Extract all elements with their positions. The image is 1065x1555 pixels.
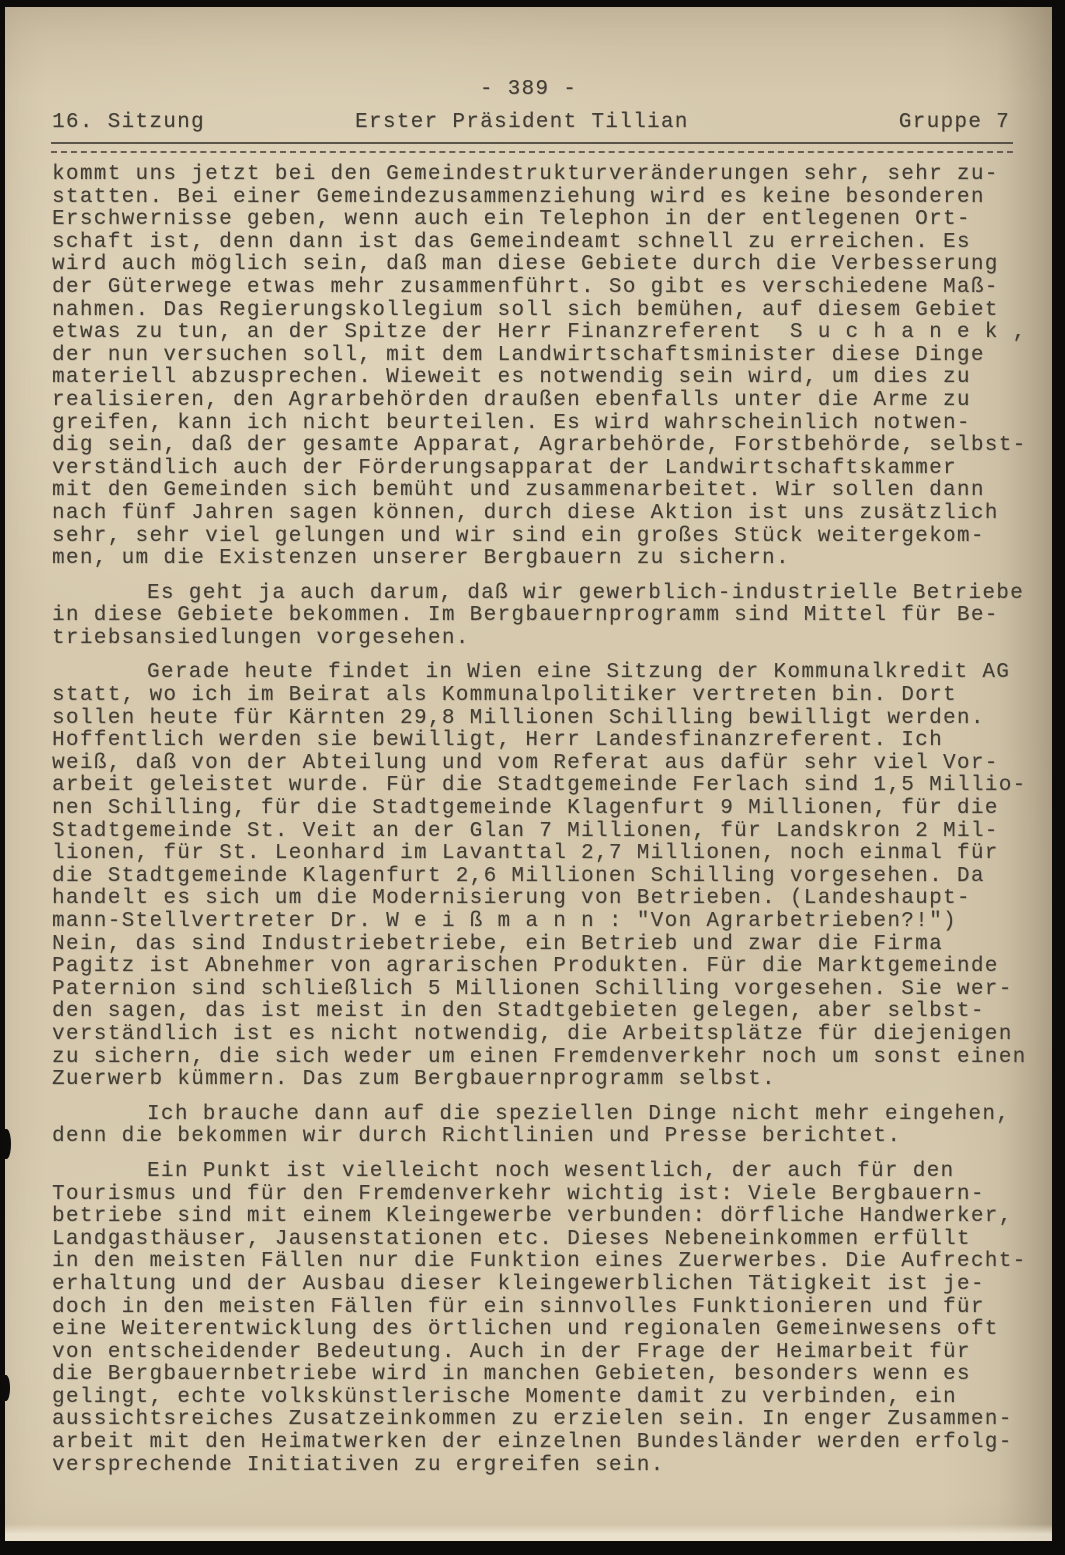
paper-bottom-edge	[5, 1524, 1052, 1541]
text-line: verständlich ist es nicht notwendig, die…	[52, 1024, 1052, 1047]
paper-sheet: - 389 - 16. Sitzung Erster Präsident Til…	[5, 7, 1052, 1541]
text-line: etwas zu tun, an der Spitze der Herr Fin…	[52, 322, 1052, 345]
paragraph: Gerade heute findet in Wien eine Sitzung…	[52, 662, 1052, 1091]
text-line: triebsansiedlungen vorgesehen.	[52, 628, 1052, 651]
header-speaker-label: Erster Präsident Tillian	[355, 111, 689, 134]
text-line: arbeit geleistet wurde. Für die Stadtgem…	[52, 775, 1052, 798]
text-line: Zuerwerb kümmern. Das zum Bergbauernprog…	[52, 1069, 1052, 1092]
text-line: Hoffentlich werden sie bewilligt, Herr L…	[52, 730, 1052, 753]
text-line: Ich brauche dann auf die speziellen Ding…	[52, 1104, 1052, 1127]
text-line: Paternion sind schließlich 5 Millionen S…	[52, 979, 1052, 1002]
text-line: Nein, das sind Industriebetriebe, ein Be…	[52, 934, 1052, 957]
text-line: der Güterwege etwas mehr zusammenführt. …	[52, 277, 1052, 300]
text-line: gelingt, echte volkskünstlerische Moment…	[52, 1387, 1052, 1410]
text-line: sollen heute für Kärnten 29,8 Millionen …	[52, 708, 1052, 731]
text-line: verständlich auch der Förderungsapparat …	[52, 458, 1052, 481]
text-line: lionen, für St. Leonhard im Lavanttal 2,…	[52, 843, 1052, 866]
text-line: der nun versuchen soll, mit dem Landwirt…	[52, 345, 1052, 368]
text-line: statten. Bei einer Gemeindezusammenziehu…	[52, 187, 1052, 210]
paragraph: kommt uns jetzt bei den Gemeindestruktur…	[52, 164, 1052, 571]
text-line: realisieren, den Agrarbehörden draußen e…	[52, 390, 1052, 413]
document-body: kommt uns jetzt bei den Gemeindestruktur…	[52, 164, 1052, 1477]
header-rule-dashed	[51, 151, 1013, 153]
paragraph: Ich brauche dann auf die speziellen Ding…	[52, 1104, 1052, 1149]
text-line: arbeit mit den Heimatwerken der einzelne…	[52, 1432, 1052, 1455]
paragraph: Es geht ja auch darum, daß wir gewerblic…	[52, 583, 1052, 651]
scan-artifact	[2, 1129, 11, 1159]
header-rule-solid	[51, 142, 1013, 144]
page-header: 16. Sitzung Erster Präsident Tillian Gru…	[52, 111, 1010, 134]
text-line: statt, wo ich im Beirat als Kommunalpoli…	[52, 685, 1052, 708]
scanned-page: - 389 - 16. Sitzung Erster Präsident Til…	[0, 0, 1065, 1555]
text-line: aussichtsreiches Zusatzeinkommen zu erzi…	[52, 1409, 1052, 1432]
text-line: doch in den meisten Fällen für ein sinnv…	[52, 1297, 1052, 1320]
page-number: - 389 -	[5, 78, 1052, 101]
text-line: den sagen, das ist meist in den Stadtgeb…	[52, 1001, 1052, 1024]
text-line: eine Weiterentwicklung des örtlichen und…	[52, 1319, 1052, 1342]
text-line: betriebe sind mit einem Kleingewerbe ver…	[52, 1206, 1052, 1229]
text-line: Gerade heute findet in Wien eine Sitzung…	[52, 662, 1052, 685]
paragraph: Ein Punkt ist vielleicht noch wesentlich…	[52, 1161, 1052, 1477]
text-line: die Bergbauernbetriebe wird in manchen G…	[52, 1364, 1052, 1387]
text-line: in den meisten Fällen nur die Funktion e…	[52, 1251, 1052, 1274]
text-line: wird auch möglich sein, daß man diese Ge…	[52, 254, 1052, 277]
text-line: kommt uns jetzt bei den Gemeindestruktur…	[52, 164, 1052, 187]
text-line: materiell abzusprechen. Wieweit es notwe…	[52, 367, 1052, 390]
text-line: nach fünf Jahren sagen können, durch die…	[52, 503, 1052, 526]
text-line: Pagitz ist Abnehmer von agrarischen Prod…	[52, 956, 1052, 979]
header-group-label: Gruppe 7	[899, 111, 1010, 134]
text-line: sehr, sehr viel gelungen und wir sind ei…	[52, 526, 1052, 549]
text-line: erhaltung und der Ausbau dieser kleingew…	[52, 1274, 1052, 1297]
text-line: die Stadtgemeinde Klagenfurt 2,6 Million…	[52, 866, 1052, 889]
text-line: dig sein, daß der gesamte Apparat, Agrar…	[52, 435, 1052, 458]
text-line: greifen, kann ich nicht beurteilen. Es w…	[52, 413, 1052, 436]
text-line: handelt es sich um die Modernisierung vo…	[52, 888, 1052, 911]
text-line: nahmen. Das Regierungskollegium soll sic…	[52, 300, 1052, 323]
text-line: mann-Stellvertreter Dr. W e i ß m a n n …	[52, 911, 1052, 934]
text-line: Es geht ja auch darum, daß wir gewerblic…	[52, 583, 1052, 606]
header-session-label: 16. Sitzung	[52, 111, 205, 134]
text-line: nen Schilling, für die Stadtgemeinde Kla…	[52, 798, 1052, 821]
text-line: Tourismus und für den Fremdenverkehr wic…	[52, 1184, 1052, 1207]
text-line: Ein Punkt ist vielleicht noch wesentlich…	[52, 1161, 1052, 1184]
text-line: in diese Gebiete bekommen. Im Bergbauern…	[52, 605, 1052, 628]
text-line: Erschwernisse geben, wenn auch ein Telep…	[52, 209, 1052, 232]
scan-artifact	[2, 1375, 10, 1401]
text-line: zu sichern, die sich weder um einen Frem…	[52, 1047, 1052, 1070]
text-line: men, um die Existenzen unserer Bergbauer…	[52, 548, 1052, 571]
text-line: weiß, daß von der Abteilung und vom Refe…	[52, 753, 1052, 776]
text-line: von entscheidender Bedeutung. Auch in de…	[52, 1342, 1052, 1365]
text-line: denn die bekommen wir durch Richtlinien …	[52, 1126, 1052, 1149]
text-line: Landgasthäuser, Jausenstationen etc. Die…	[52, 1229, 1052, 1252]
text-line: Stadtgemeinde St. Veit an der Glan 7 Mil…	[52, 821, 1052, 844]
text-line: versprechende Initiativen zu ergreifen s…	[52, 1455, 1052, 1478]
text-line: schaft ist, denn dann ist das Gemeindeam…	[52, 232, 1052, 255]
text-line: mit den Gemeinden sich bemüht und zusamm…	[52, 480, 1052, 503]
